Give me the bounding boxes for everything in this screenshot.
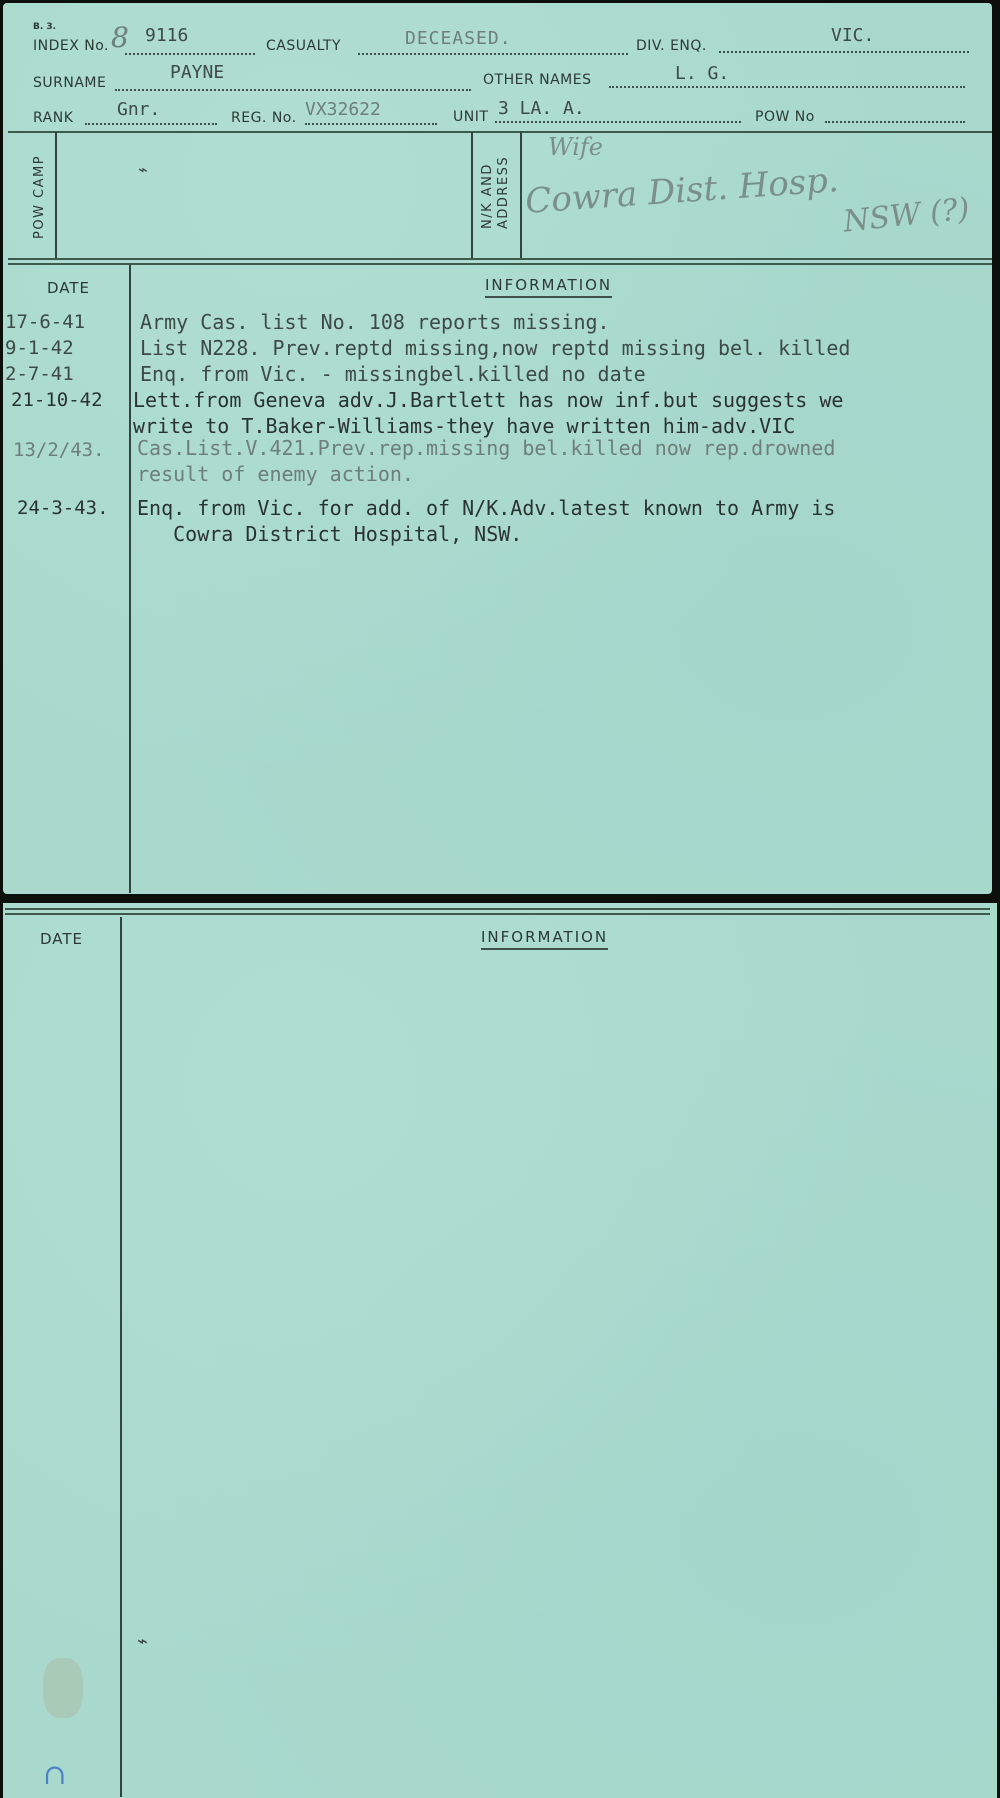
casualty-label: CASUALTY xyxy=(266,38,341,54)
entry-text: List N228. Prev.reptd missing,now reptd … xyxy=(140,335,850,361)
record-card-front: B. 3. INDEX No. 8 9116 CASUALTY DECEASED… xyxy=(3,3,992,894)
ink-mark: ⌁ xyxy=(138,160,148,179)
date-header: DATE xyxy=(47,279,90,297)
div-enq-label: DIV. ENQ. xyxy=(636,38,707,54)
unit-value: 3 LA. A. xyxy=(498,98,585,119)
nk-handwritten-line2: Cowra Dist. Hosp. xyxy=(524,160,840,222)
other-names-value: L. G. xyxy=(675,63,729,84)
entry-text: Lett.from Geneva adv.J.Bartlett has now … xyxy=(133,387,843,413)
entry-text: Cowra District Hospital, NSW. xyxy=(137,521,522,547)
blue-crayon-mark: ∩ xyxy=(43,1758,66,1791)
entry-date: 21-10-42 xyxy=(11,387,103,413)
entry-date: 24-3-43. xyxy=(17,495,109,521)
entry-text: Cas.List.V.421.Prev.rep.missing bel.kill… xyxy=(137,435,835,461)
information-header: INFORMATION xyxy=(485,276,612,298)
entry-date: 2-7-41 xyxy=(5,361,74,387)
stain-mark xyxy=(43,1658,83,1718)
nk-label-line2: ADDRESS xyxy=(496,156,511,229)
ink-mark: ⌁ xyxy=(137,1631,148,1652)
reg-no-value: VX32622 xyxy=(305,99,381,120)
reg-no-label: REG. No. xyxy=(231,110,297,126)
nk-label-line1: N/K AND xyxy=(480,163,495,229)
pow-no-label: POW No xyxy=(755,109,815,125)
index-no-value: 9116 xyxy=(145,25,188,46)
rank-value: Gnr. xyxy=(117,99,160,120)
div-enq-value: VIC. xyxy=(831,25,874,46)
entry-text: Enq. from Vic. for add. of N/K.Adv.lates… xyxy=(137,495,835,521)
nk-handwritten-line1: Wife xyxy=(548,133,603,161)
entry-text: Army Cas. list No. 108 reports missing. xyxy=(140,309,610,335)
other-names-label: OTHER NAMES xyxy=(483,72,591,88)
rank-label: RANK xyxy=(33,110,73,126)
back-date-header: DATE xyxy=(40,930,83,948)
unit-label: UNIT xyxy=(453,109,488,125)
entry-text: result of enemy action. xyxy=(137,461,414,487)
pow-camp-label: POW CAMP xyxy=(32,155,47,239)
back-information-header: INFORMATION xyxy=(481,928,608,950)
entry-date: 9-1-42 xyxy=(5,335,74,361)
form-code: B. 3. xyxy=(33,22,56,32)
entry-date: 13/2/43. xyxy=(13,437,105,463)
nk-handwritten-line3: NSW (?) xyxy=(842,191,972,239)
entry-text: Enq. from Vic. - missingbel.killed no da… xyxy=(140,361,646,387)
surname-value: PAYNE xyxy=(170,62,224,83)
index-no-label: INDEX No. xyxy=(33,38,109,54)
casualty-value: DECEASED. xyxy=(405,28,512,49)
index-prefix-handwritten: 8 xyxy=(111,21,129,54)
entry-date: 17-6-41 xyxy=(5,309,85,335)
record-card-back: DATE INFORMATION ⌁ ∩ xyxy=(3,903,997,1798)
surname-label: SURNAME xyxy=(33,75,106,91)
